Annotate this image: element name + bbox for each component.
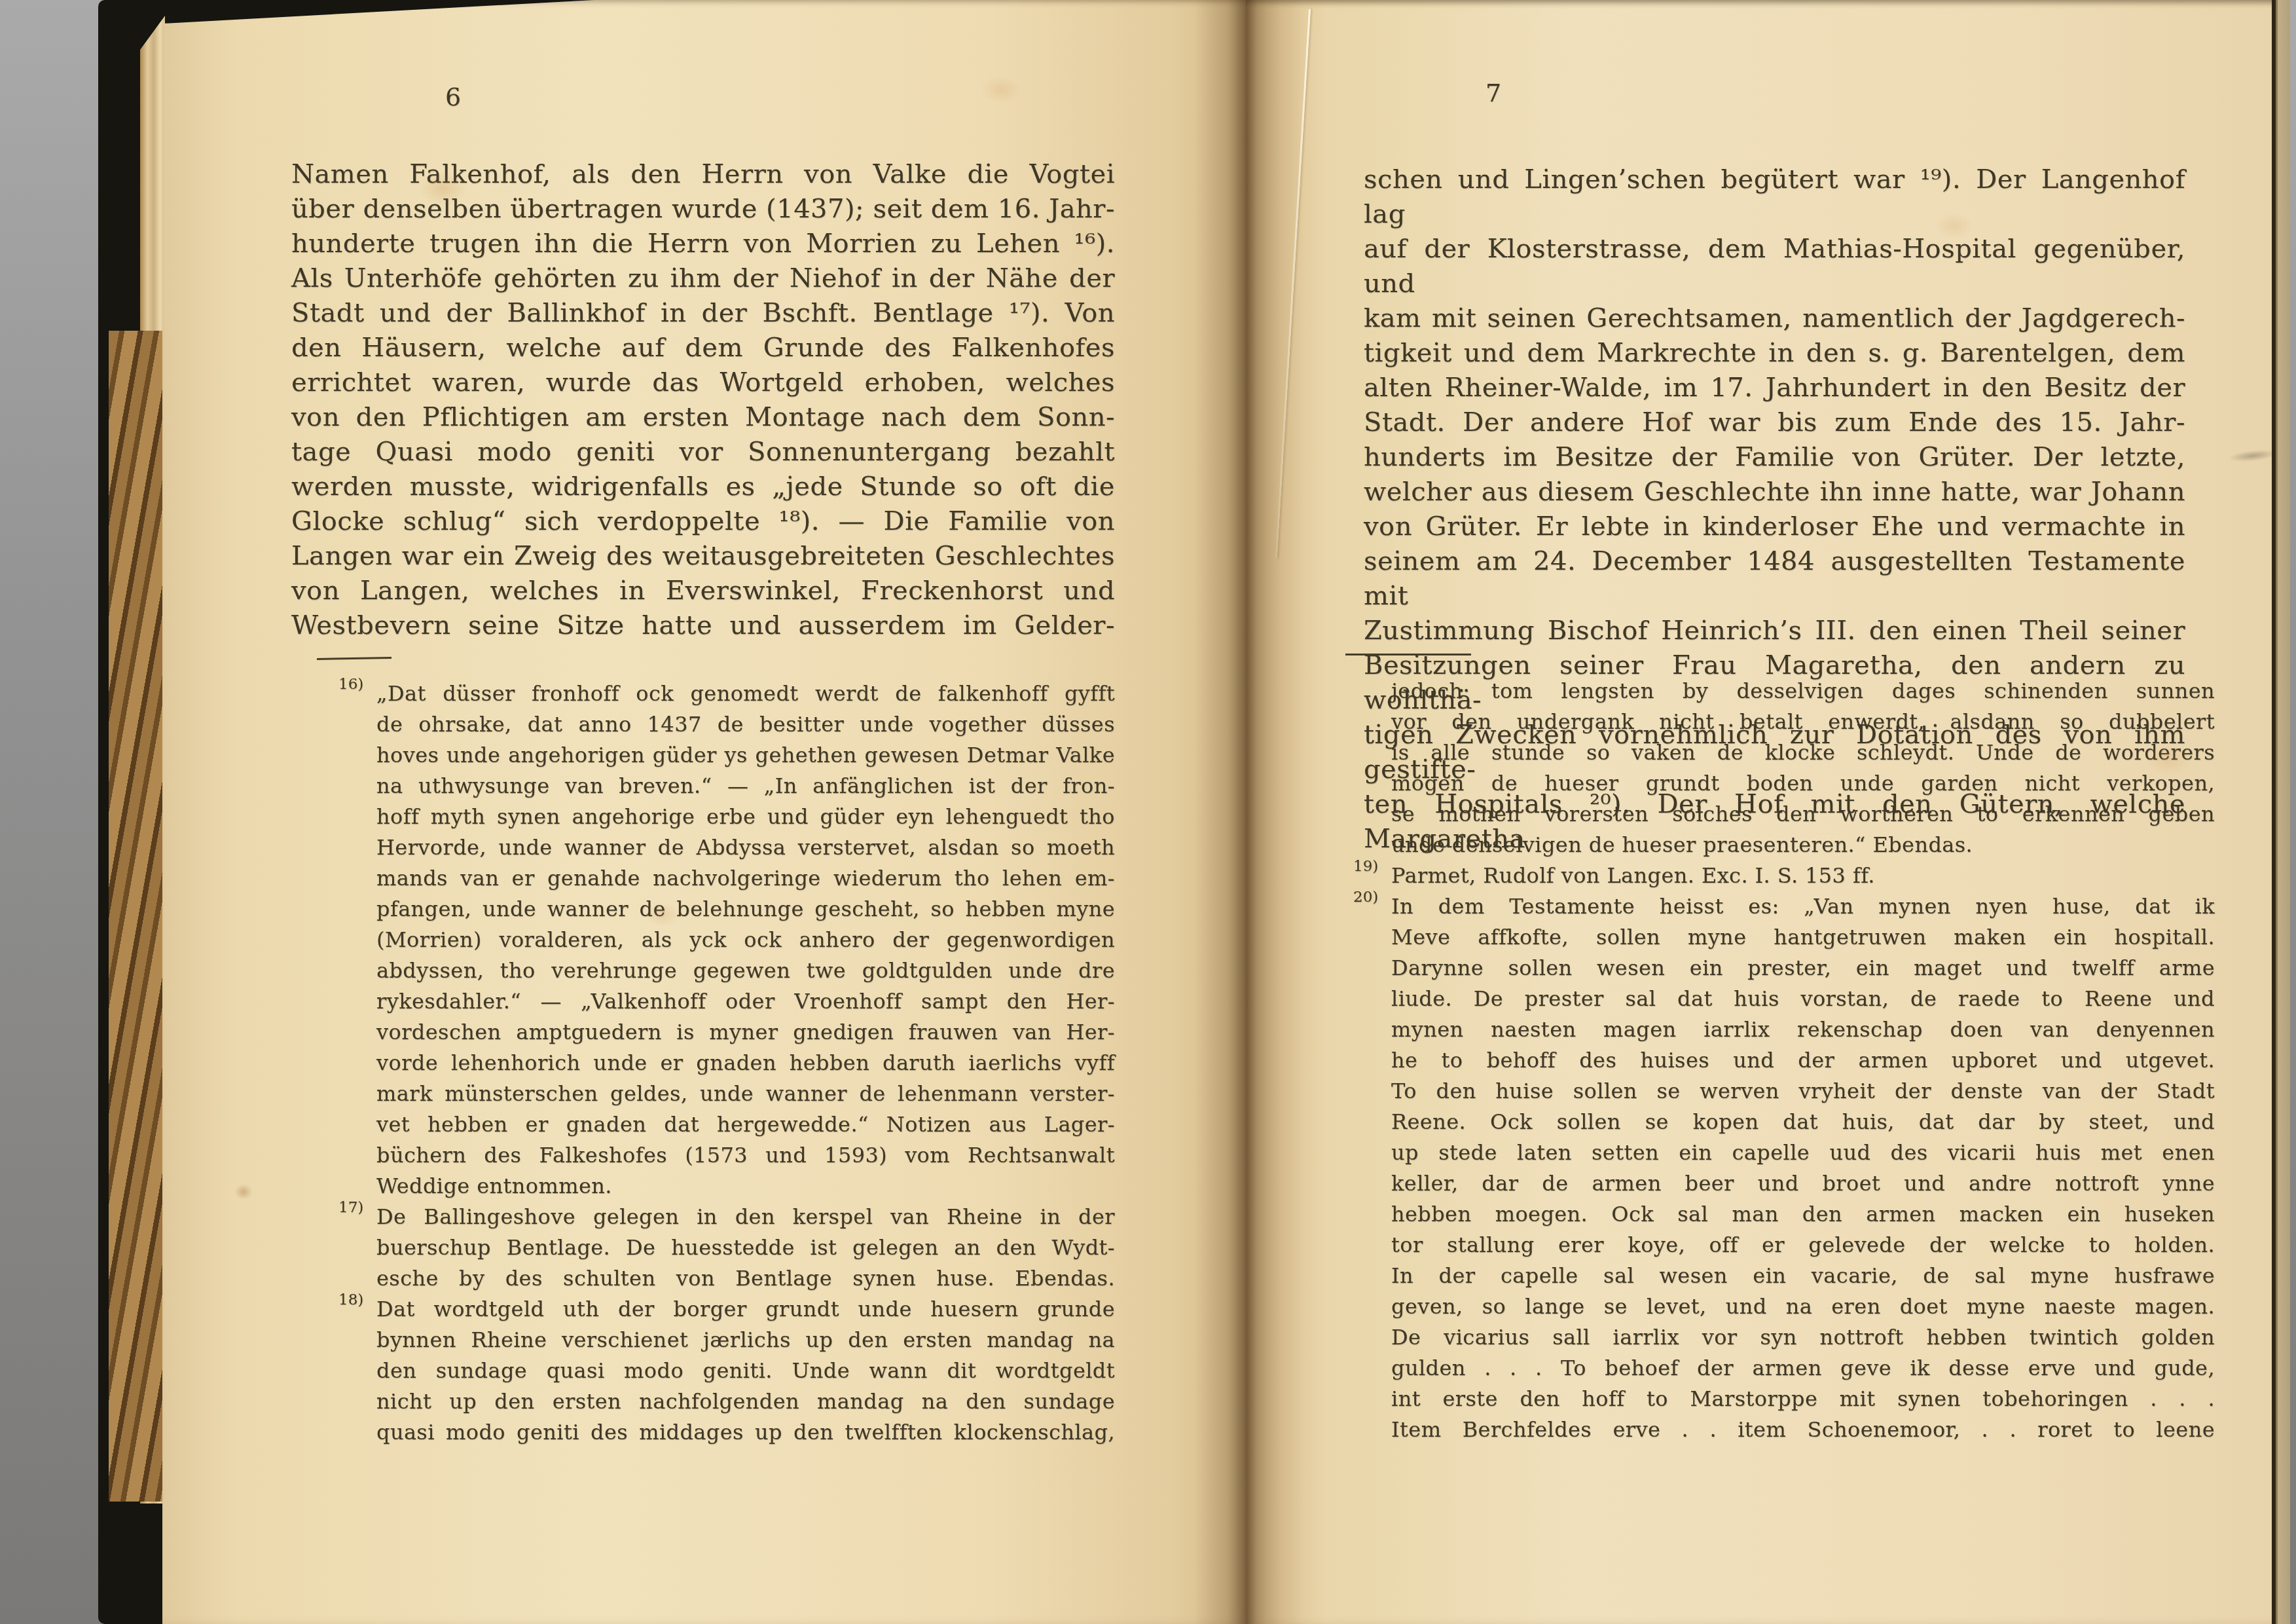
text-line: Westbevern seine Sitze hatte und ausserd… [291, 608, 1115, 643]
text-line: int erste den hoff to Marstorppe mit syn… [1391, 1384, 2215, 1414]
text-line: jedoch tom lengsten by desselvigen dages… [1391, 676, 2215, 707]
page-6: 6 Namen Falkenhof, als den Herrn von Val… [162, 0, 1246, 1624]
footnote-separator [317, 657, 392, 660]
text-line: Parmet, Rudolf von Langen. Exc. I. S. 15… [1391, 860, 2215, 891]
text-line: De vicarius sall iarrlix vor syn nottrof… [1391, 1322, 2215, 1353]
text-line: (Morrien) voralderen, als yck ock anhero… [376, 925, 1115, 955]
text-line: pfangen, unde wanner de belehnunge gesch… [376, 894, 1115, 925]
text-line: liude. De prester sal dat huis vorstan, … [1391, 984, 2215, 1014]
text-line: auf der Klosterstrasse, dem Mathias-Hosp… [1364, 232, 2185, 301]
text-line: gulden . . . To behoef der armen geve ik… [1391, 1353, 2215, 1384]
footnotes: 16)„Dat düsser fronhoff ock genomedt wer… [376, 678, 1115, 1448]
text-line: Stadt und der Ballinkhof in der Bschft. … [291, 296, 1115, 331]
text-line: Hervorde, unde wanner de Abdyssa verster… [376, 832, 1115, 863]
text-line: na uthwysunge van breven.“ — „In anfängl… [376, 771, 1115, 802]
text-line: abdyssen, tho verehrunge gegewen twe gol… [376, 955, 1115, 986]
text-line: hunderte trugen ihn die Herrn von Morrie… [291, 227, 1115, 261]
text-line: Weddige entnommen. [376, 1171, 1115, 1202]
footnote-number: 19) [1353, 858, 1378, 875]
text-line: bynnen Rheine verschienet jærlichs up de… [376, 1325, 1115, 1356]
text-line: keller, dar de armen beer und broet und … [1391, 1168, 2215, 1199]
text-line: quasi modo geniti des middages up den tw… [376, 1417, 1115, 1448]
text-line: welcher aus diesem Geschlechte ihn inne … [1364, 475, 2185, 509]
text-line: „Dat düsser fronhoff ock genomedt werdt … [376, 678, 1115, 709]
text-line: esche by des schulten von Bentlage synen… [376, 1263, 1115, 1294]
text-line: hebben moegen. Ock sal man den armen mac… [1391, 1199, 2215, 1230]
text-line: Langen war ein Zweig des weitausgebreite… [291, 539, 1115, 574]
text-line: vor den undergank nicht betalt enwerdt, … [1391, 707, 2215, 737]
text-line: schen und Lingen’schen begütert war ¹⁹).… [1364, 162, 2185, 232]
text-line: seinem am 24. December 1484 ausgestellte… [1364, 544, 2185, 614]
paper-crease [1275, 9, 1311, 559]
text-line: Als Unterhöfe gehörten zu ihm der Niehof… [291, 261, 1115, 296]
footnote: 17)De Ballingeshove gelegen in den kersp… [376, 1202, 1115, 1294]
footnote-area: jedoch tom lengsten by desselvigen dages… [1391, 676, 2215, 1445]
text-line: In der capelle sal wesen ein vacarie, de… [1391, 1261, 2215, 1291]
text-line: Glocke schlug“ sich verdoppelte ¹⁸). — D… [291, 504, 1115, 539]
text-line: von Grüter. Er lebte in kinderloser Ehe … [1364, 509, 2185, 544]
text-line: mark münsterschen geldes, unde wanner de… [376, 1079, 1115, 1109]
text-line: Darynne sollen wesen ein prester, ein ma… [1391, 953, 2215, 984]
text-line: Zustimmung Bischof Heinrich’s III. den e… [1364, 614, 2185, 648]
text-line: hunderts im Besitze der Familie von Grüt… [1364, 440, 2185, 475]
text-line: is alle stunde so vaken de klocke schley… [1391, 737, 2215, 768]
text-line: rykesdahler.“ — „Valkenhoff oder Vroenho… [376, 986, 1115, 1017]
text-line: errichtet waren, wurde das Wortgeld erho… [291, 365, 1115, 400]
text-line: Stadt. Der andere Hof war bis zum Ende d… [1364, 405, 2185, 440]
text-line: Reene. Ock sollen se kopen dat huis, dat… [1391, 1107, 2215, 1137]
body-text: Namen Falkenhof, als den Herrn von Valke… [291, 157, 1115, 643]
text-line: den sundage quasi modo geniti. Unde wann… [376, 1356, 1115, 1386]
text-line: nicht up den ersten nachfolgenden mandag… [376, 1386, 1115, 1417]
footnote-number: 17) [338, 1199, 363, 1216]
text-line: über denselben übertragen wurde (1437); … [291, 192, 1115, 227]
footnote-number: 16) [338, 676, 363, 693]
footnote: 19)Parmet, Rudolf von Langen. Exc. I. S.… [1391, 860, 2215, 891]
text-line: von Langen, welches in Everswinkel, Frec… [291, 574, 1115, 608]
page-number: 7 [1485, 79, 1503, 107]
footnote-continuation: jedoch tom lengsten by desselvigen dages… [1391, 676, 2215, 860]
text-line: mands van er genahde nachvolgeringe wied… [376, 863, 1115, 894]
footnote: 20)In dem Testamente heisst es: „Van myn… [1391, 891, 2215, 1445]
text-line: In dem Testamente heisst es: „Van mynen … [1391, 891, 2215, 922]
text-line: Item Berchfeldes erve . . item Schoenemo… [1391, 1414, 2215, 1445]
footnote: 16)„Dat düsser fronhoff ock genomedt wer… [376, 678, 1115, 1202]
footnote: 18)Dat wordtgeld uth der borger grundt u… [376, 1294, 1115, 1448]
text-line: geven, so lange se levet, und na eren do… [1391, 1291, 2215, 1322]
footnote-number: 20) [1353, 889, 1378, 906]
text-line: se mothen vorersten solches den worthere… [1391, 799, 2215, 830]
text-line: up stede laten setten ein capelle uud de… [1391, 1137, 2215, 1168]
text-line: vordeschen amptguedern is myner gnedigen… [376, 1017, 1115, 1048]
text-line: den Häusern, welche auf dem Grunde des F… [291, 331, 1115, 365]
text-line: de ohrsake, dat anno 1437 de besitter un… [376, 709, 1115, 740]
text-line: hoff myth synen angehorige erbe und güde… [376, 802, 1115, 832]
text-line: von den Pflichtigen am ersten Montage na… [291, 400, 1115, 435]
text-line: tage Quasi modo geniti vor Sonnenunterga… [291, 435, 1115, 470]
text-line: he to behoff des huises und der armen up… [1391, 1045, 2215, 1076]
text-line: tigkeit und dem Markrechte in den s. g. … [1364, 336, 2185, 371]
footnote-separator [1345, 654, 1471, 655]
text-line: kam mit seinen Gerechtsamen, namentlich … [1364, 301, 2185, 336]
footnote-number: 18) [338, 1291, 363, 1308]
text-line: alten Rheiner-Walde, im 17. Jahrhundert … [1364, 371, 2185, 405]
text-line: vet hebben er gnaden dat hergewedde.“ No… [376, 1109, 1115, 1140]
text-line: tor stallung erer koye, off er gelevede … [1391, 1230, 2215, 1261]
text-line: Meve affkofte, sollen myne hantgetruwen … [1391, 922, 2215, 953]
text-line: unde denselvigen de hueser praesenteren.… [1391, 830, 2215, 860]
text-line: mynen naesten magen iarrlix rekenschap d… [1391, 1014, 2215, 1045]
text-line: büchern des Falkeshofes (1573 und 1593) … [376, 1140, 1115, 1171]
text-line: De Ballingeshove gelegen in den kerspel … [376, 1202, 1115, 1232]
marbled-board-edge [109, 331, 165, 1502]
page-number: 6 [445, 83, 462, 111]
text-line: Dat wordtgeld uth der borger grundt unde… [376, 1294, 1115, 1325]
book-scan: 6 Namen Falkenhof, als den Herrn von Val… [0, 0, 2296, 1624]
text-line: vorde lehenhorich unde er gnaden hebben … [376, 1048, 1115, 1079]
text-line: To den huise sollen se werven vryheit de… [1391, 1076, 2215, 1107]
footnotes: 19)Parmet, Rudolf von Langen. Exc. I. S.… [1391, 860, 2215, 1445]
text-line: werden musste, widrigenfalls es „jede St… [291, 470, 1115, 504]
page-7: 7 schen und Lingen’schen begütert war ¹⁹… [1246, 0, 2272, 1624]
text-line: Namen Falkenhof, als den Herrn von Valke… [291, 157, 1115, 192]
text-line: hoves unde angehorigen güder ys gehethen… [376, 740, 1115, 771]
text-line: buerschup Bentlage. De huesstedde ist ge… [376, 1232, 1115, 1263]
fore-edge-right [2272, 0, 2290, 1624]
text-line: mogen de hueser grundt boden unde garden… [1391, 768, 2215, 799]
